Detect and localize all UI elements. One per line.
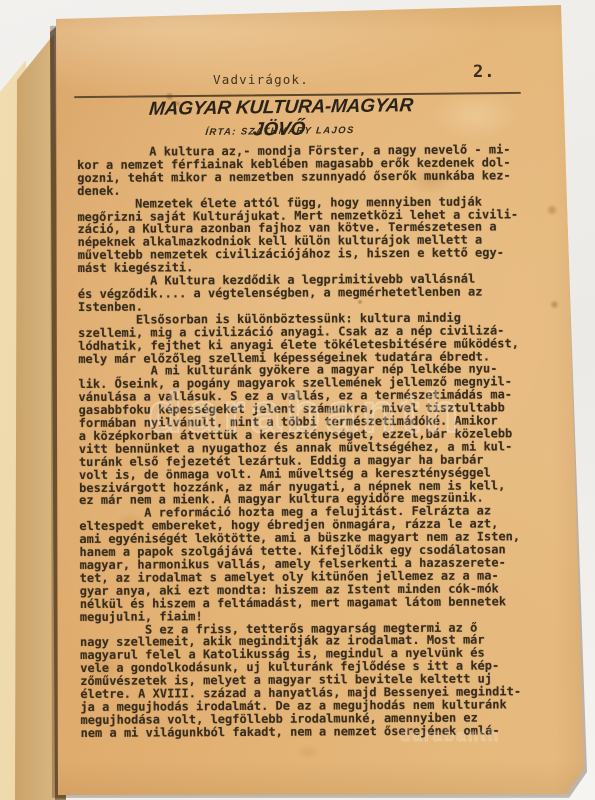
article-body: A kultura az,- mondja Förster, a nagy ne… <box>77 143 541 739</box>
masthead: Vadvirágok. <box>213 72 309 87</box>
page-number: 2. <box>473 62 495 82</box>
scanned-document: Vadvirágok. 2. MAGYAR KULTURA-MAGYAR JÖV… <box>0 0 595 800</box>
body-line: és végződik.... a végtelenségben, a megm… <box>78 285 538 301</box>
document-page: Vadvirágok. 2. MAGYAR KULTURA-MAGYAR JÖV… <box>0 0 595 800</box>
body-line: nélkül és hiszem a feltámadást, mert mag… <box>80 595 540 611</box>
body-line: gozni, tehát mikor a nemzetben szunnyadó… <box>77 169 537 185</box>
body-line: nem a mi világunkból fakadt, nem a nemze… <box>81 724 541 740</box>
